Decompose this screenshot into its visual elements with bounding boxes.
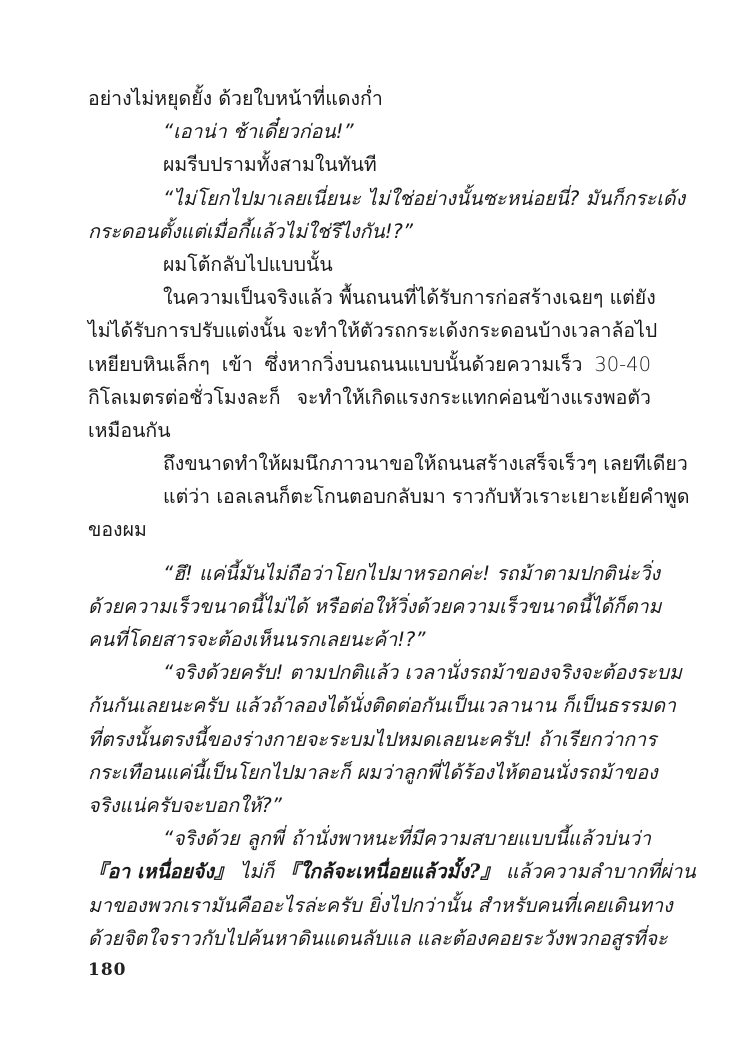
text-line: “จริงด้วย ลูกพี่ ถ้านั่งพาหนะที่มีความสบ… (88, 822, 651, 855)
text-run: ไม่ก็ (233, 860, 280, 883)
text-line: “ไม่โยกไปมาเลยเนี่ยนะ ไม่ใช่อย่างนั้นซะห… (88, 182, 651, 215)
text-line: ก้นกันเลยนะครับ แล้วถ้าลองได้นั่งติดต่อก… (88, 689, 651, 722)
text-line: ที่ตรงนั้นตรงนี้ของร่างกายจะระบมไปหมดเลย… (88, 723, 651, 756)
text-line: ของผม (88, 513, 651, 546)
text-line: “เอาน่า ช้าเดี๋ยวก่อน!” (88, 115, 651, 148)
text-line: จริงแน่ครับจะบอกให้?” (88, 789, 651, 822)
rich-text-line: 『อา เหนื่อยจัง』 ไม่ก็ 『ใกล้จะเหนื่อยแล้ว… (88, 855, 651, 888)
text-line: กระเทือนแค่นี้เป็นโยกไปมาละก็ ผมว่าลูกพี… (88, 756, 651, 789)
text-line: “ฮึ! แค่นี้มันไม่ถือว่าโยกไปมาหรอกค่ะ! ร… (88, 557, 651, 590)
text-line: กิโลเมตรต่อชั่วโมงละก็ จะทำให้เกิดแรงกระ… (88, 381, 651, 414)
text-run: แล้วความลำบากที่ผ่าน (500, 860, 696, 883)
text-line: ผมโต้กลับไปแบบนั้น (88, 248, 651, 281)
text-line: ถึงขนาดทำให้ผมนึกภาวนาขอให้ถนนสร้างเสร็จ… (88, 447, 651, 480)
emphasis-quote: 『ใกล้จะเหนื่อยแล้วมั้ง?』 (280, 860, 499, 883)
text-line: ในความเป็นจริงแล้ว พื้นถนนที่ได้รับการก่… (88, 281, 651, 314)
page-body: อย่างไม่หยุดยั้ง ด้วยใบหน้าที่แดงก่ำ “เอ… (88, 82, 651, 955)
text-line: เหยียบหินเล็กๆ เข้า ซึ่งหากวิ่งบนถนนแบบน… (88, 348, 651, 381)
text-line: “จริงด้วยครับ! ตามปกติแล้ว เวลานั่งรถม้า… (88, 656, 651, 689)
text-line: เหมือนกัน (88, 414, 651, 447)
emphasis-quote: 『อา เหนื่อยจัง』 (88, 860, 233, 883)
text-line: อย่างไม่หยุดยั้ง ด้วยใบหน้าที่แดงก่ำ (88, 82, 651, 115)
text-line: ด้วยจิตใจราวกับไปค้นหาดินแดนลับแล และต้อ… (88, 922, 651, 955)
paragraph-gap (88, 547, 651, 557)
page-number: 180 (88, 960, 127, 980)
text-line: กระดอนตั้งแต่เมื่อกี้แล้วไม่ใช่รึไงกัน!?… (88, 215, 651, 248)
text-line: มาของพวกเรามันคืออะไรล่ะครับ ยิ่งไปกว่าน… (88, 889, 651, 922)
text-line: ผมรีบปรามทั้งสามในทันที (88, 148, 651, 181)
text-line: คนที่โดยสารจะต้องเห็นนรกเลยนะค้า!?” (88, 623, 651, 656)
text-line: ไม่ได้รับการปรับแต่งนั้น จะทำให้ตัวรถกระ… (88, 314, 651, 347)
text-line: ด้วยความเร็วขนาดนี้ไม่ได้ หรือต่อให้วิ่ง… (88, 590, 651, 623)
text-line: แต่ว่า เอลเลนก็ตะโกนตอบกลับมา ราวกับหัวเ… (88, 480, 651, 513)
